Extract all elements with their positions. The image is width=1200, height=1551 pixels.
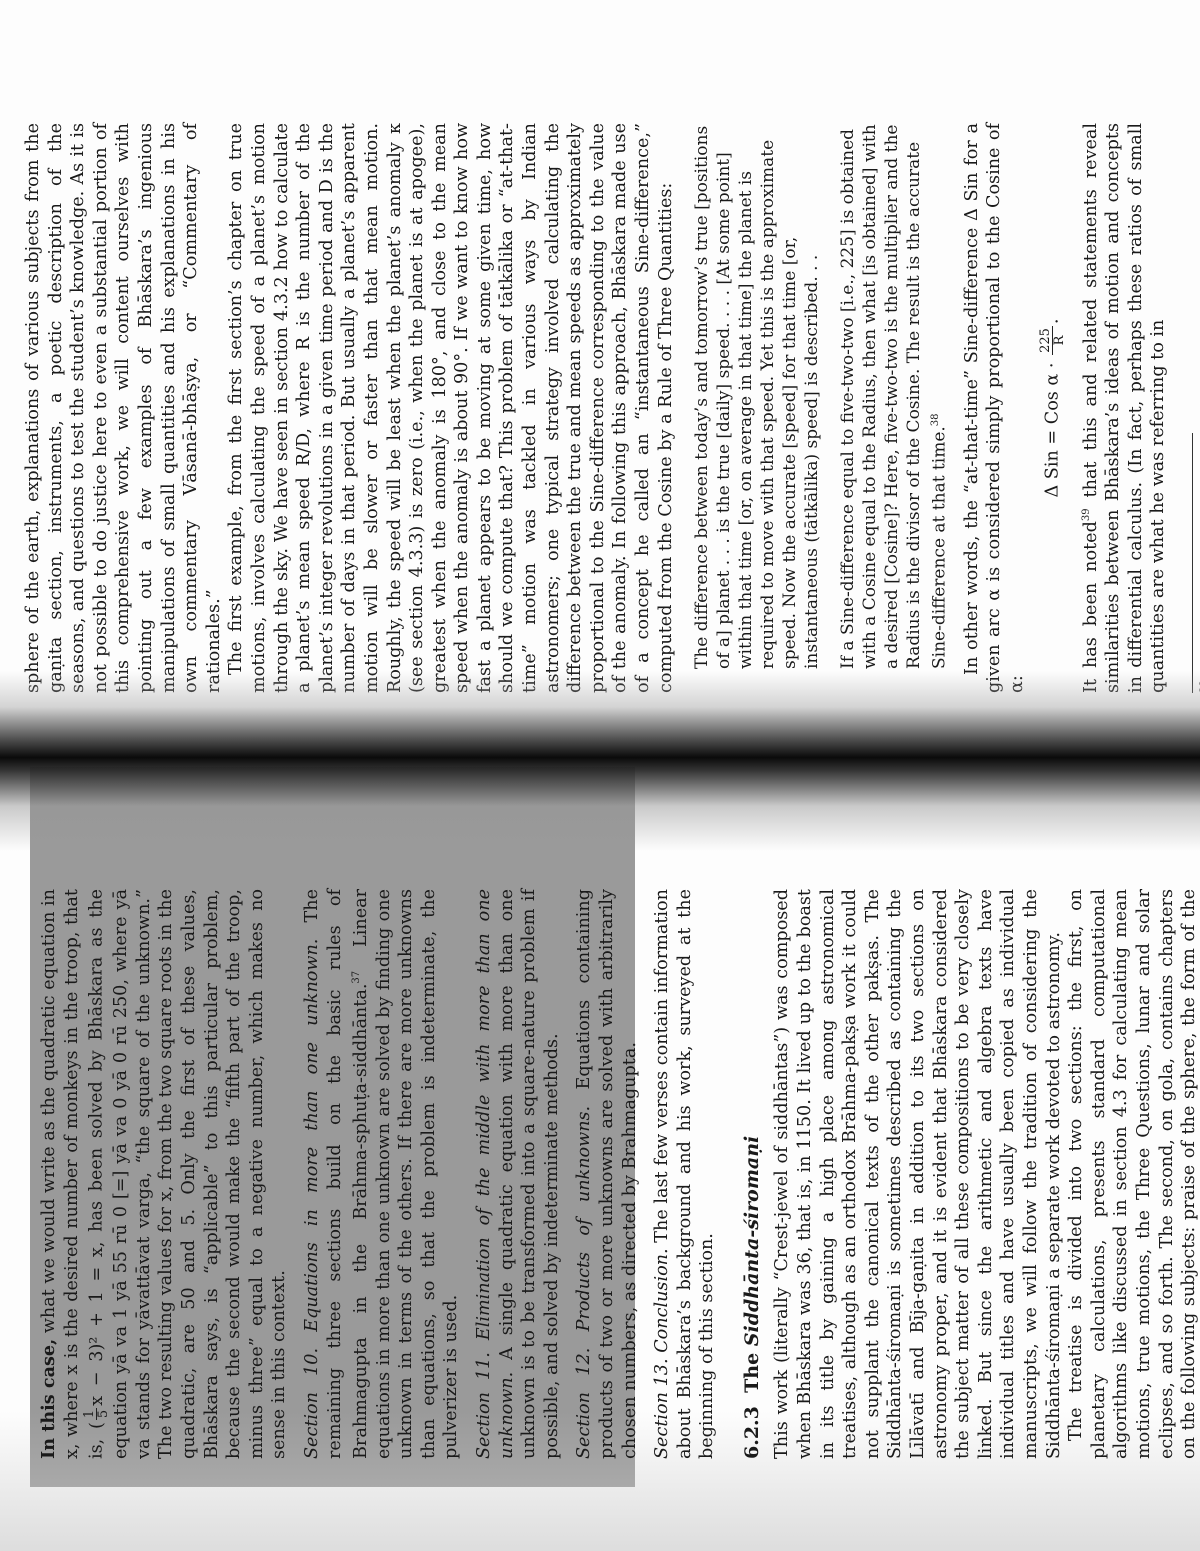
block-quote-sine-difference: If a Sine-difference equal to five-two-t… [837,123,951,669]
text-after-equation: has been solved by Bhāskara as the equat… [87,889,290,1459]
footnote-ref-39[interactable]: 39 [1081,508,1092,521]
footnote-ref-37[interactable]: 37 [351,971,362,984]
section-11-paragraph: Section 11. Elimination of the middle wi… [473,889,563,1459]
subsection-heading: 6.2.3 The Siddhānta-śiromaṇi [741,889,764,1459]
paragraph-first-example: The first example, from the first sectio… [225,123,677,693]
left-page-text-column: In this case, what we would write as the… [38,889,1200,1459]
section-10-paragraph: Section 10. Equations in more than one u… [301,889,463,1459]
section-13-paragraph: Section 13. Conclusion. The last few ver… [651,889,719,1459]
display-equation-delta-sin: Δ Sin = Cos α · 225R. [1039,123,1066,693]
right-page-text-column: sphere of the earth, explanations of var… [22,123,1200,693]
paragraph-other-words: In other words, the “at-that-time” Sine-… [961,123,1029,693]
paragraph-this-work: This work (literally “Crest-jewel of sid… [771,889,1065,1459]
section-12-paragraph: Section 12. Products of unknowns. Equati… [573,889,641,1459]
paragraph-quadratic: In this case, what we would write as the… [38,889,291,1459]
right-page: sphere of the earth, explanations of var… [0,0,1200,721]
section-13-heading: Section 13. Conclusion. [652,1248,672,1459]
inline-equation: (15x − 3)² + 1 = x, [87,1242,107,1429]
lead-phrase: In this case, [38,1339,59,1459]
section-12-heading: Section 12. Products of unknowns. [574,1106,594,1459]
paragraph-sphere-of-earth: sphere of the earth, explanations of var… [22,123,225,693]
book-gutter-shadow [0,671,1200,851]
footnote-ref-38[interactable]: 38 [930,413,941,426]
paragraph-treatise: The treatise is divided into two section… [1065,889,1200,1459]
section-10-heading: Section 10. Equations in more than one u… [302,939,322,1459]
footnote-divider [1192,433,1193,693]
rotated-book-scan: In this case, what we would write as the… [0,0,1200,1551]
block-quote-speed: The difference between today’s and tomor… [691,123,823,669]
paragraph-it-has-been-noted: It has been noted39 that this and relate… [1076,123,1170,693]
